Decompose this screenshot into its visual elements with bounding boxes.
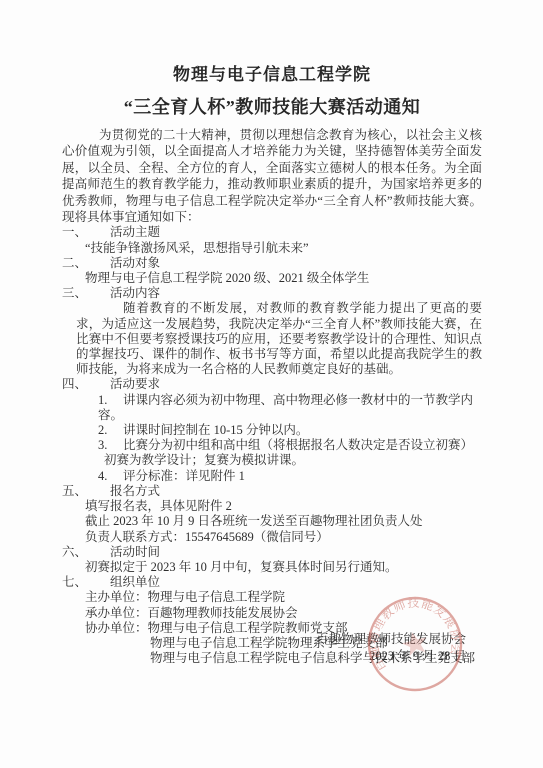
- document-page: 物理与电子信息工程学院 “三全育人杯”教师技能大赛活动通知 为贯彻党的二十大精神…: [0, 0, 543, 768]
- section-2-heading: 二、活动对象: [62, 256, 482, 271]
- section-5-number: 五、: [62, 484, 110, 499]
- section-4-heading: 四、活动要求: [62, 377, 482, 392]
- section-3-heading: 三、活动内容: [62, 286, 482, 301]
- section-2-title: 活动对象: [110, 256, 160, 270]
- section-7-title: 组织单位: [110, 575, 160, 589]
- section-3-number: 三、: [62, 286, 110, 301]
- section-4-title: 活动要求: [110, 377, 160, 391]
- section-6-heading: 六、活动时间: [62, 545, 482, 560]
- section-7-number: 七、: [62, 575, 110, 590]
- svg-text:百趣物理教师技能发展协会: 百趣物理教师技能发展协会: [355, 584, 468, 679]
- section-5-title: 报名方式: [110, 484, 160, 498]
- intro-paragraph: 为贯彻党的二十大精神，贯彻以理想信念教育为核心，以社会主义核心价值观为引领，以全…: [62, 127, 482, 225]
- stamp-arc-text: 百趣物理教师技能发展协会: [355, 584, 468, 679]
- section-3-title: 活动内容: [110, 286, 160, 300]
- section-1-title: 活动主题: [110, 225, 160, 239]
- section-2-text: 物理与电子信息工程学院 2020 级、2021 级全体学生: [62, 271, 482, 286]
- item-number: 1.: [98, 393, 123, 408]
- document-body: 物理与电子信息工程学院 “三全育人杯”教师技能大赛活动通知 为贯彻党的二十大精神…: [62, 60, 482, 666]
- section-1-quote: “技能争锋激扬风采，思想指导引航未来”: [62, 241, 482, 256]
- section-5-line: 负责人联系方式：15547645689（微信同号）: [62, 530, 482, 545]
- item-text: 比赛分为初中组和高中组（将根据报名人数决定是否设立初赛）: [123, 438, 473, 452]
- requirement-item: 3.比赛分为初中组和高中组（将根据报名人数决定是否设立初赛）: [62, 438, 482, 453]
- item-number: 2.: [98, 423, 123, 438]
- section-3-paragraph: 随着教育的不断发展，对教师的教育教学能力提出了更高的要求，为适应这一发展趋势，我…: [62, 301, 482, 377]
- requirement-item: 1.讲课内容必须为初中物理、高中物理必修一教材中的一节教学内容。: [62, 393, 482, 423]
- item-text: 评分标准：详见附件 1: [123, 469, 245, 483]
- item-number: 4.: [98, 469, 123, 484]
- section-4-number: 四、: [62, 377, 110, 392]
- item-text: 讲课时间控制在 10-15 分钟以内。: [123, 423, 308, 437]
- section-6-title: 活动时间: [110, 545, 160, 559]
- section-6-line: 初赛拟定于 2023 年 10 月中旬，复赛具体时间另行通知。: [62, 560, 482, 575]
- requirement-item: 2.讲课时间控制在 10-15 分钟以内。: [62, 423, 482, 438]
- stamp-star-icon: [400, 629, 429, 657]
- section-1-number: 一、: [62, 225, 110, 240]
- section-5-line: 截止 2023 年 10 月 9 日各班统一发送至百趣物理社团负责人处: [62, 514, 482, 529]
- section-2-number: 二、: [62, 256, 110, 271]
- requirement-item: 4.评分标准：详见附件 1: [62, 469, 482, 484]
- doc-title: 物理与电子信息工程学院: [62, 60, 482, 85]
- section-5-line: 填写报名表，具体见附件 2: [62, 499, 482, 514]
- item-number: 3.: [98, 438, 123, 453]
- section-6-number: 六、: [62, 545, 110, 560]
- doc-subtitle: “三全育人杯”教师技能大赛活动通知: [62, 93, 482, 119]
- section-1-heading: 一、活动主题: [62, 225, 482, 240]
- requirement-item-continuation: 初赛为教学设计；复赛为模拟讲课。: [62, 453, 482, 468]
- section-5-heading: 五、报名方式: [62, 484, 482, 499]
- item-text: 讲课内容必须为初中物理、高中物理必修一教材中的一节教学内容。: [98, 393, 473, 422]
